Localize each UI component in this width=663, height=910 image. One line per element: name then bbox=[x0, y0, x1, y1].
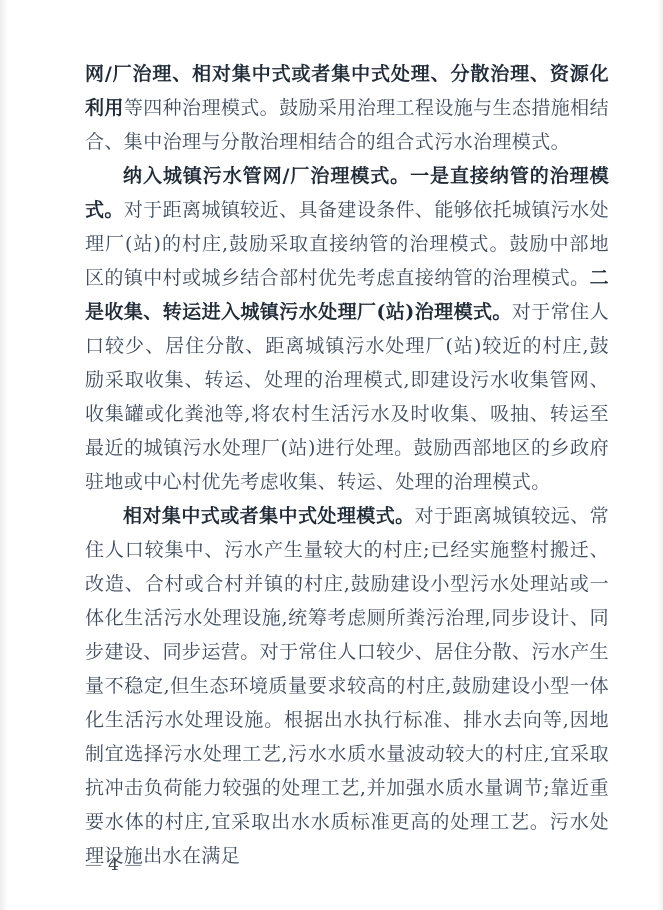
page-number-value: 4 bbox=[104, 855, 125, 875]
paragraph-2: 纳入城镇污水管网/厂治理模式。一是直接纳管的治理模式。对于距离城镇较近、具备建设… bbox=[85, 159, 609, 499]
page-number-right-dash: — bbox=[125, 855, 144, 875]
page-number: —4— bbox=[85, 855, 144, 875]
scan-edge-right bbox=[657, 0, 663, 910]
paragraph-1: 网/厂治理、相对集中式或者集中式处理、分散治理、资源化利用等四种治理模式。鼓励采… bbox=[85, 57, 609, 159]
paragraph-2-body-text-2: 对于常住人口较少、居住分散、距离城镇污水处理厂(站)较近的村庄,鼓励采取收集、转… bbox=[85, 301, 609, 493]
paragraph-3-body-text: 对于距离城镇较远、常住人口较集中、污水产生量较大的村庄;已经实施整村搬迁、改造、… bbox=[85, 505, 609, 867]
document-page: 网/厂治理、相对集中式或者集中式处理、分散治理、资源化利用等四种治理模式。鼓励采… bbox=[0, 0, 663, 910]
paragraph-3: 相对集中式或者集中式处理模式。对于距离城镇较远、常住人口较集中、污水产生量较大的… bbox=[85, 499, 609, 873]
scan-edge-left bbox=[0, 0, 8, 910]
paragraph-3-bold-lead: 相对集中式或者集中式处理模式。 bbox=[123, 505, 415, 527]
paragraph-2-body-text-1: 对于距离城镇较近、具备建设条件、能够依托城镇污水处理厂(站)的村庄,鼓励采取直接… bbox=[85, 199, 609, 289]
page-number-left-dash: — bbox=[85, 855, 104, 875]
document-body: 网/厂治理、相对集中式或者集中式处理、分散治理、资源化利用等四种治理模式。鼓励采… bbox=[85, 57, 609, 873]
paragraph-1-body-text: 等四种治理模式。鼓励采用治理工程设施与生态措施相结合、集中治理与分散治理相结合的… bbox=[85, 97, 609, 153]
